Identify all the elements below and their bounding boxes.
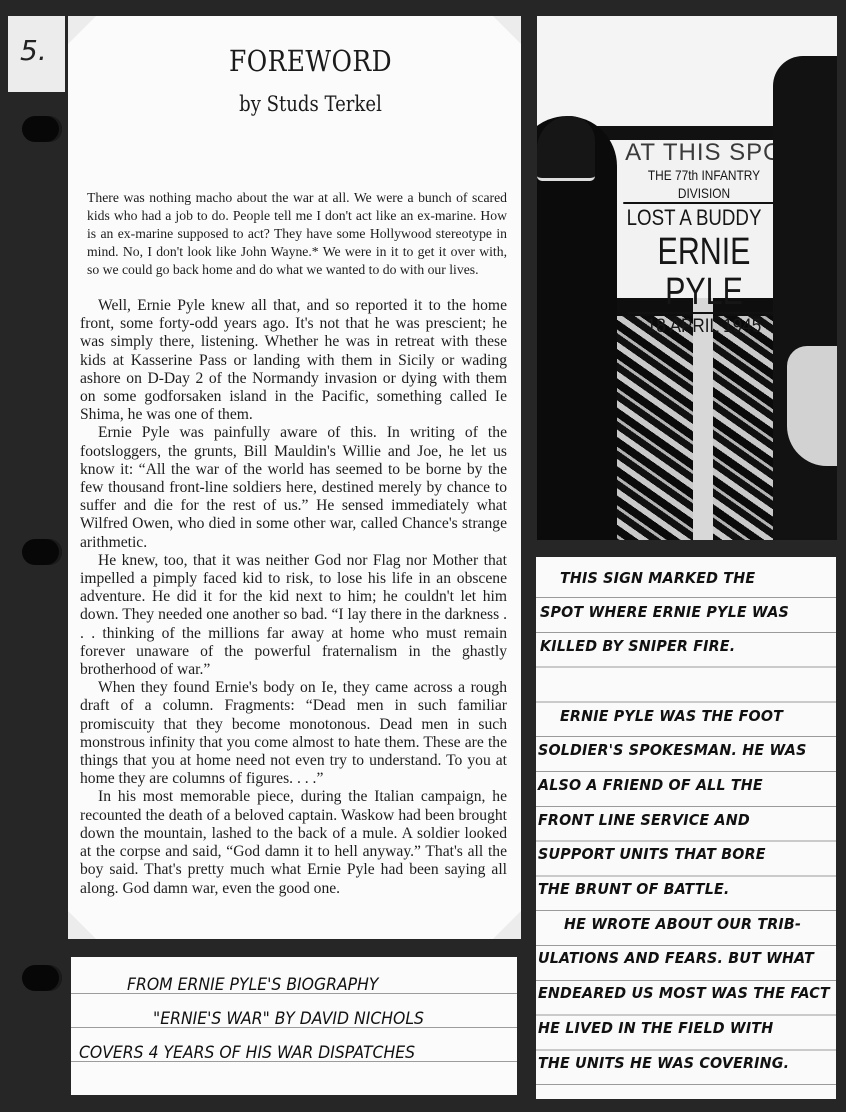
note-line: ENDEARED US MOST WAS THE FACT (538, 984, 814, 1002)
bio-line: "ERNIE'S WAR" BY DAVID NICHOLS (153, 1009, 424, 1029)
photo-corner (68, 911, 96, 939)
binder-hole (22, 539, 62, 565)
note-line: SOLDIER'S SPOKESMAN. HE WAS (538, 741, 814, 759)
note-line: THIS SIGN MARKED THE (560, 569, 836, 587)
paragraph: He knew, too, that it was neither God no… (80, 552, 507, 679)
photo-corner (493, 911, 521, 939)
page-number-label: 5. (8, 16, 65, 92)
note-line: ERNIE PYLE WAS THE FOOT (560, 707, 836, 725)
paragraph: Well, Ernie Pyle knew all that, and so r… (80, 297, 507, 424)
foreword-page: FOREWORD by Studs Terkel There was nothi… (68, 16, 521, 939)
sign-line: LOST A BUDDY (623, 204, 785, 232)
bio-line: COVERS 4 YEARS OF HIS WAR DISPATCHES (79, 1043, 415, 1063)
handwritten-note-card: THIS SIGN MARKED THE SPOT WHERE ERNIE PY… (536, 557, 836, 1099)
sign-line: ERNIE PYLE (628, 232, 780, 314)
note-line: SPOT WHERE ERNIE PYLE WAS (540, 603, 816, 621)
paragraph: In his most memorable piece, during the … (80, 788, 507, 897)
note-line: SUPPORT UNITS THAT BORE (538, 845, 814, 863)
note-line: THE UNITS HE WAS COVERING. (538, 1054, 814, 1072)
photo-corner (493, 16, 521, 44)
binder-hole (22, 116, 62, 142)
note-line: ULATIONS AND FEARS. BUT WHAT (538, 949, 814, 967)
epigraph-quote: There was nothing macho about the war at… (87, 189, 507, 279)
note-line: KILLED BY SNIPER FIRE. (540, 637, 816, 655)
sign-line: 18 APRIL 1945 (619, 314, 790, 340)
note-line: FRONT LINE SERVICE AND (538, 811, 814, 829)
bio-line: FROM ERNIE PYLE'S BIOGRAPHY (127, 975, 378, 995)
note-line: HE WROTE ABOUT OUR TRIB- (564, 915, 840, 933)
sign-line: AT THIS SPO (609, 140, 799, 166)
memorial-sign-photo: AT THIS SPO THE 77th INFANTRY DIVISION L… (537, 16, 837, 540)
note-line: ALSO A FRIEND OF ALL THE (538, 776, 814, 794)
foreword-author: by Studs Terkel (116, 92, 506, 116)
helmet (537, 116, 595, 181)
soldier-face (787, 346, 837, 466)
foreword-title: FOREWORD (116, 44, 506, 78)
paragraph: When they found Ernie's body on Ie, they… (80, 679, 507, 788)
photo-corner (68, 16, 96, 44)
soldier-silhouette (773, 56, 837, 540)
binder-hole (22, 965, 62, 991)
biography-note-card: FROM ERNIE PYLE'S BIOGRAPHY "ERNIE'S WAR… (71, 957, 517, 1095)
note-line: HE LIVED IN THE FIELD WITH (538, 1019, 814, 1037)
paragraph: Ernie Pyle was painfully aware of this. … (80, 424, 507, 551)
page-number: 5. (20, 34, 47, 67)
foreword-body: Well, Ernie Pyle knew all that, and so r… (80, 297, 507, 898)
memorial-sign: AT THIS SPO THE 77th INFANTRY DIVISION L… (609, 140, 799, 298)
sign-line: THE 77th INFANTRY DIVISION (623, 166, 785, 204)
note-line: THE BRUNT OF BATTLE. (538, 880, 814, 898)
